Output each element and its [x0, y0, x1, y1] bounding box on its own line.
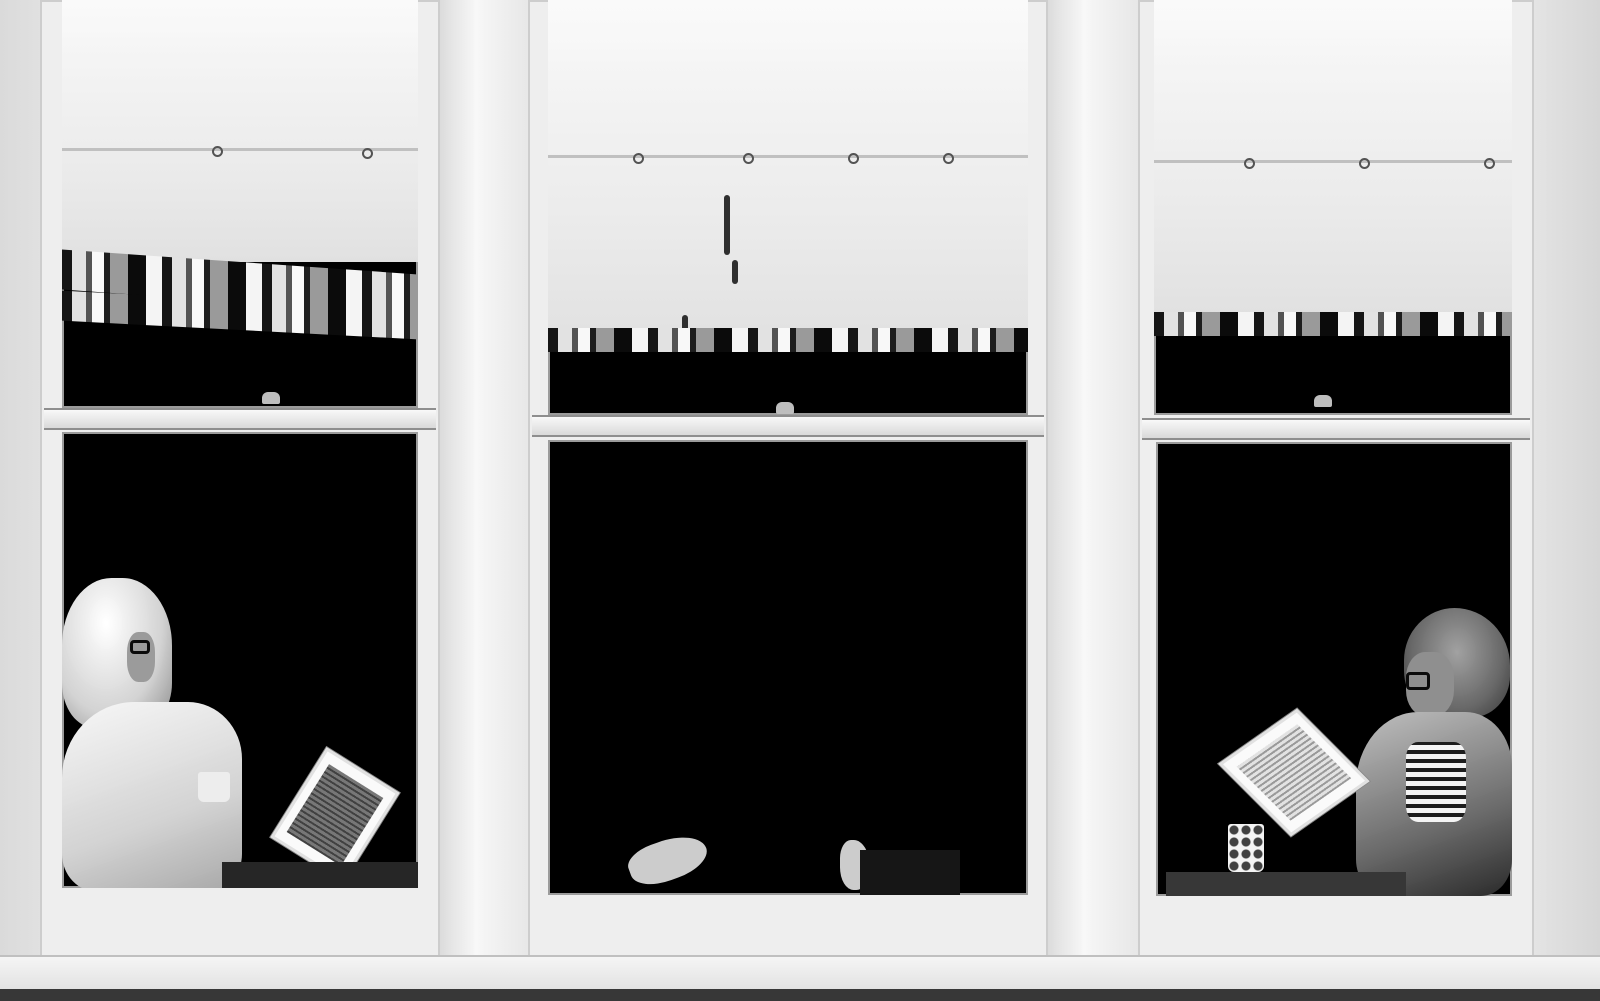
stain: [732, 260, 738, 284]
mullion: [440, 0, 530, 960]
blind-ring: [1359, 158, 1370, 169]
meeting-rail: [1142, 418, 1530, 440]
legs: [222, 862, 418, 888]
blind-rod: [548, 155, 1028, 158]
blind-ring: [1244, 158, 1255, 169]
striped-valance: [548, 328, 1028, 352]
blind-ring: [1484, 158, 1495, 169]
photograph: [0, 0, 1600, 1001]
meeting-rail: [532, 415, 1044, 437]
upper-pane-center: [548, 0, 1028, 415]
lower-pane-left: [62, 432, 418, 888]
leg: [860, 850, 960, 895]
roman-blind: [548, 0, 1028, 345]
glasses: [130, 640, 150, 654]
polka-dot-mug: [1228, 824, 1264, 872]
sash-lock: [1314, 395, 1332, 407]
blind-ring: [362, 148, 373, 159]
sash-lock: [776, 402, 794, 414]
window-left: [40, 0, 440, 960]
sill-shadow: [0, 989, 1600, 1001]
striped-shirt: [1406, 742, 1466, 822]
blind-ring: [633, 153, 644, 164]
blind-ring: [212, 146, 223, 157]
window-right: [1138, 0, 1534, 960]
window-sill: [0, 955, 1600, 991]
blind-ring: [743, 153, 754, 164]
upper-pane-right: [1154, 0, 1512, 415]
upper-pane-left: [62, 0, 418, 408]
sash-lock: [262, 392, 280, 404]
blind-ring: [848, 153, 859, 164]
legs: [1166, 872, 1406, 896]
lower-pane-center: [548, 440, 1028, 895]
mug: [198, 772, 230, 802]
mullion: [1048, 0, 1138, 960]
blind-rod: [1154, 160, 1512, 163]
roman-blind: [62, 0, 418, 262]
blind-ring: [943, 153, 954, 164]
book: [1218, 709, 1369, 837]
lower-pane-right: [1156, 442, 1512, 896]
meeting-rail: [44, 408, 436, 430]
roman-blind: [1154, 0, 1512, 315]
window-center: [528, 0, 1048, 960]
foot-left: [624, 828, 713, 893]
stain: [724, 195, 730, 255]
glasses: [1406, 672, 1430, 690]
striped-valance: [1154, 312, 1512, 336]
